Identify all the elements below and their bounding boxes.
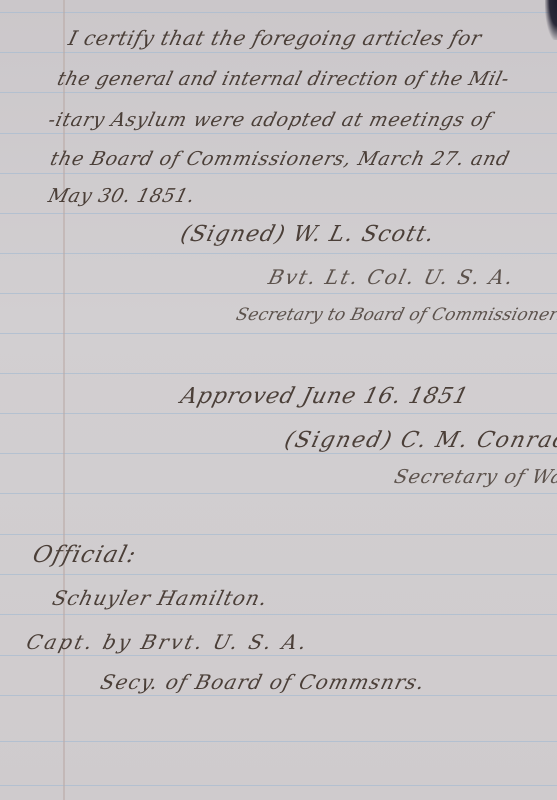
ruled-line — [0, 614, 557, 615]
ruled-line — [0, 293, 557, 294]
body-line-2: the general and internal direction of th… — [55, 68, 512, 90]
hamilton-title: Secy. of Board of Commsnrs. — [98, 670, 428, 694]
corner-shadow — [545, 0, 557, 40]
ruled-line — [0, 213, 557, 214]
ruled-line — [0, 655, 557, 656]
ruled-line — [0, 574, 557, 575]
ruled-line — [0, 133, 557, 134]
conrad-title: Secretary of War — [392, 466, 557, 488]
body-line-3: -itary Asylum were adopted at meetings o… — [46, 109, 494, 131]
ruled-line — [0, 785, 557, 786]
ruled-line — [0, 173, 557, 174]
document-page: I certify that the foregoing articles fo… — [0, 0, 557, 800]
ruled-line — [0, 333, 557, 334]
ruled-line — [0, 493, 557, 494]
scott-signature: (Signed) W. L. Scott. — [178, 222, 438, 247]
conrad-signature: (Signed) C. M. Conrad — [282, 428, 557, 453]
official-label: Official: — [30, 542, 140, 568]
ruled-line — [0, 741, 557, 742]
ruled-line — [0, 92, 557, 93]
body-line-5: May 30. 1851. — [46, 185, 198, 207]
ruled-line — [0, 534, 557, 535]
ruled-line — [0, 12, 557, 13]
hamilton-rank: Capt. by Brvt. U. S. A. — [24, 630, 312, 654]
approval-date: Approved June 16. 1851 — [178, 384, 471, 409]
body-line-1: I certify that the foregoing articles fo… — [66, 26, 484, 50]
ruled-line — [0, 695, 557, 696]
hamilton-signature: Schuyler Hamilton. — [50, 586, 271, 610]
ruled-line — [0, 453, 557, 454]
body-line-4: the Board of Commissioners, March 27. an… — [48, 148, 512, 170]
ruled-line — [0, 373, 557, 374]
ruled-line — [0, 413, 557, 414]
scott-rank: Bvt. Lt. Col. U. S. A. — [266, 265, 517, 289]
scott-title: Secretary to Board of Commissioners — [234, 305, 557, 325]
ruled-line — [0, 52, 557, 53]
ruled-line — [0, 253, 557, 254]
